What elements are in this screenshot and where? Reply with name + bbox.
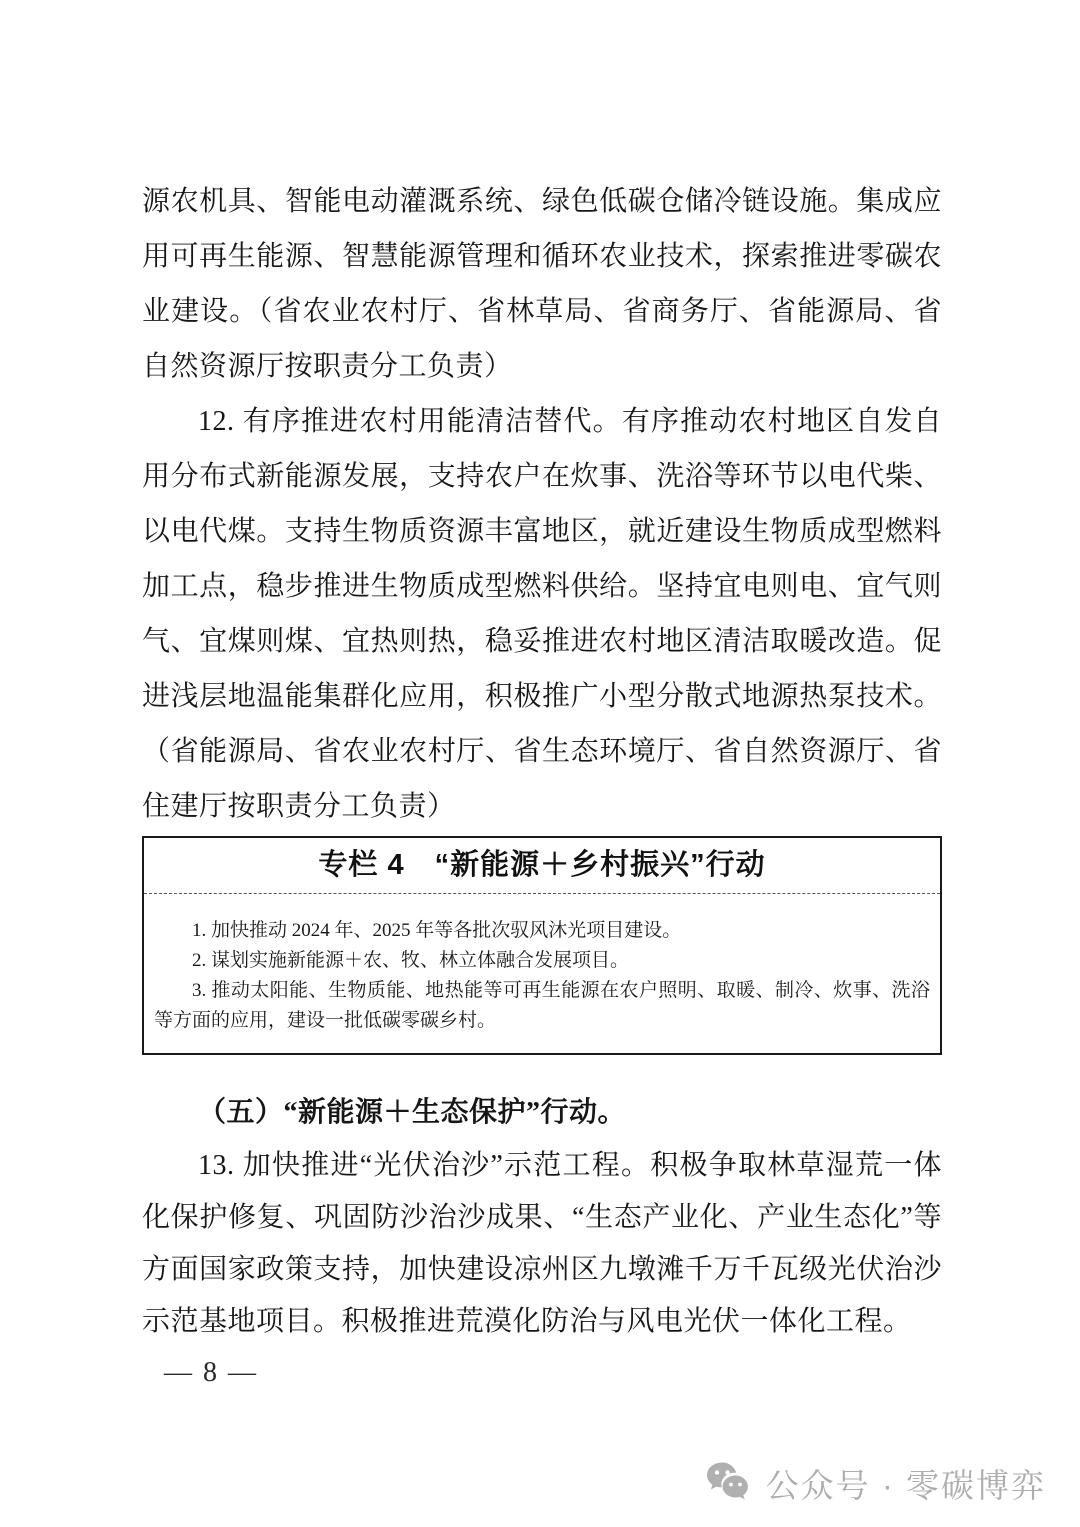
paragraph-intro-continuation: 源农机具、智能电动灌溉系统、绿色低碳仓储冷链设施。集成应用可再生能源、智慧能源管… xyxy=(142,174,942,394)
column-box-4: 专栏 4 “新能源＋乡村振兴”行动 1. 加快推动 2024 年、2025 年等… xyxy=(142,836,942,1055)
watermark-text: 公众号 · 零碳博弈 xyxy=(766,1460,1046,1507)
section-heading-5: （五）“新能源＋生态保护”行动。 xyxy=(142,1085,942,1140)
page-content: 源农机具、智能电动灌溉系统、绿色低碳仓储冷链设施。集成应用可再生能源、智慧能源管… xyxy=(142,0,942,1393)
page-number: — 8 — xyxy=(164,1353,942,1393)
watermark: 公众号 · 零碳博弈 xyxy=(706,1455,1046,1511)
document-page: 源农机具、智能电动灌溉系统、绿色低碳仓储冷链设施。集成应用可再生能源、智慧能源管… xyxy=(0,0,1080,1527)
column-box-body: 1. 加快推动 2024 年、2025 年等各批次驭风沐光项目建设。 2. 谋划… xyxy=(144,893,940,1036)
paragraph-13: 13. 加快推进“光伏治沙”示范工程。积极争取林草湿荒一体化保护修复、巩固防沙治… xyxy=(142,1140,942,1348)
column-box-item-2: 2. 谋划实施新能源＋农、牧、林立体融合发展项目。 xyxy=(154,946,930,976)
column-box-title: 专栏 4 “新能源＋乡村振兴”行动 xyxy=(144,838,940,893)
wechat-icon xyxy=(706,1461,754,1505)
paragraph-12: 12. 有序推进农村用能清洁替代。有序推动农村地区自发自用分布式新能源发展，支持… xyxy=(142,394,942,834)
column-box-item-3: 3. 推动太阳能、生物质能、地热能等可再生能源在农户照明、取暖、制冷、炊事、洗浴… xyxy=(154,976,930,1036)
column-box-item-1: 1. 加快推动 2024 年、2025 年等各批次驭风沐光项目建设。 xyxy=(154,916,930,946)
